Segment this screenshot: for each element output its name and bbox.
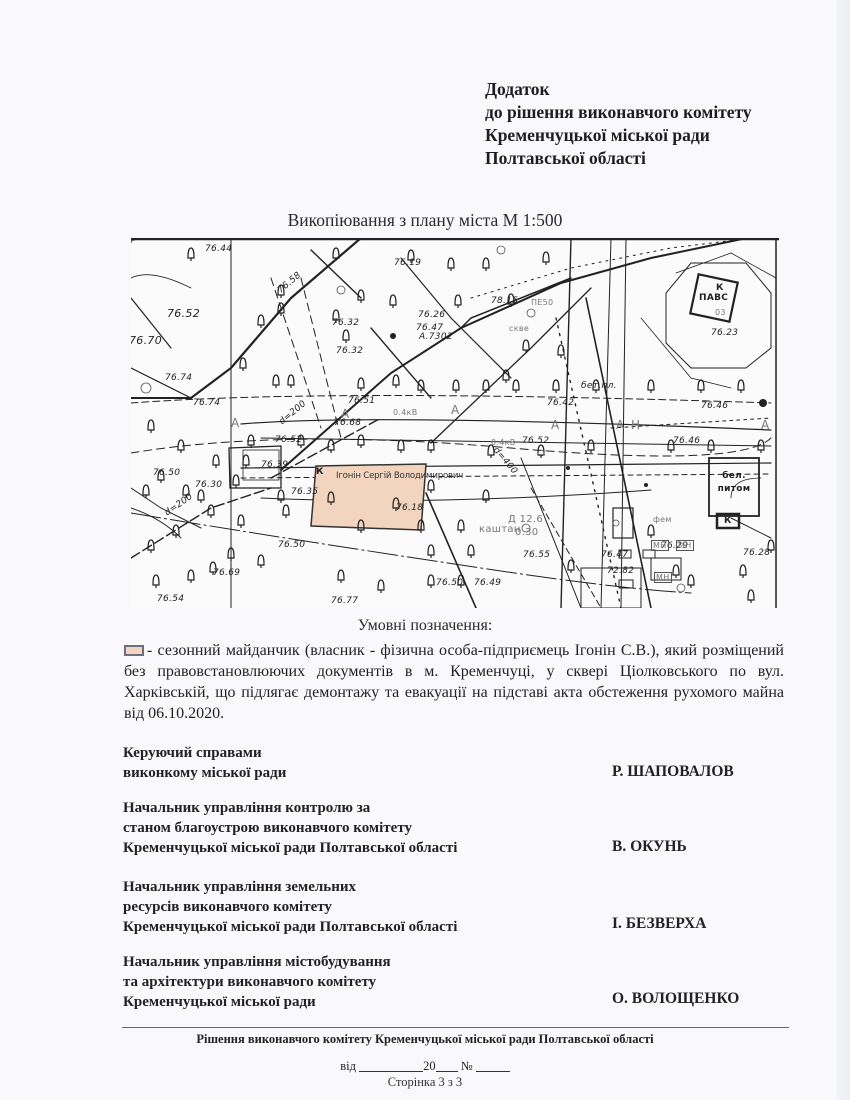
map-text-label: 0.4кВ [491,438,516,447]
signature-title: Начальник управління земельних ресурсів … [123,877,457,937]
map-text-label: МН [651,540,669,551]
signature-title-line: Кременчуцької міської ради [123,992,391,1012]
signature-name: В. ОКУНЬ [612,838,687,856]
signature-title-line: Начальник управління містобудування [123,952,391,972]
elevation-label: 76.47 [601,550,628,560]
signature-title-line: станом благоустрою виконавчого комітету [123,818,457,838]
elevation-label: 76.30 [195,480,222,490]
elevation-label: 76.46 [701,401,728,411]
signature-title-line: Кременчуцької міської ради Полтавської о… [123,838,457,858]
map-text-label: A [616,418,625,432]
map-text-label: H [631,418,640,432]
footer-title: Рішення виконавчого комітету Кременчуцьк… [0,1032,850,1047]
date-prefix: від [340,1059,356,1073]
map-text-label: бет.пл. [581,381,617,391]
elevation-label: 76.52 [275,435,302,445]
signature-title-line: Керуючий справами [123,743,286,763]
footer-divider [122,1027,789,1028]
map-text-label: ПАВС [699,293,728,303]
year-blank [436,1059,458,1072]
signature-title-line: Начальник управління земельних [123,877,457,897]
elevation-label: 76.50 [153,468,180,478]
legend-text: - сезонний майданчик (власник - фізична … [124,642,784,722]
addendum-line: до рішення виконавчого комітету [485,101,752,124]
map-text-label: Д 12.6 [508,514,543,525]
map-text-label: A [451,403,460,417]
elevation-label: 76.42 [547,398,574,408]
elevation-label: 76.35 [291,487,318,497]
elevation-label: 76.49 [474,578,501,588]
map-text-label: ПЕ50 [531,298,553,307]
elevation-label: 76.32 [332,318,359,328]
map-text-label: К [724,516,732,526]
addendum-line: Додаток [485,78,752,101]
addendum-line: Кременчуцької міської ради [485,124,752,147]
scan-edge [836,0,850,1100]
elevation-label: 78.15 [491,296,518,306]
elevation-label: 76.54 [157,594,184,604]
plan-drawing [131,238,779,608]
elevation-label: 76.32 [336,346,363,356]
parcel-swatch-icon [124,645,144,656]
elevation-label: 76.70 [131,334,162,347]
elevation-label: A.7302 [419,332,453,342]
signature-name: Р. ШАПОВАЛОВ [612,763,734,781]
map-text-label: МН [654,572,672,583]
elevation-label: 76.74 [165,373,192,383]
elevation-label: 76.19 [394,258,421,268]
date-blank [359,1059,423,1072]
number-blank [476,1059,510,1072]
map-text-label: скве [509,324,529,333]
elevation-label: 72.82 [607,566,634,576]
elevation-label: 76.18 [396,503,423,513]
elevation-label: 76.51 [348,396,375,406]
elevation-label: 76.69 [213,568,240,578]
elevation-label: 76.55 [523,550,550,560]
map-text-label: МН [676,540,694,551]
signature-title: Начальник управління контролю за станом … [123,798,457,858]
page-number: Сторінка 3 з 3 [0,1075,850,1090]
elevation-label: 76.74 [193,398,220,408]
parcel-owner-label: Ігонін Сергій Володимирович [336,471,463,481]
elevation-label: 76.50 [278,540,305,550]
map-text-label: A [231,416,240,430]
addendum-line: Полтавської області [485,147,752,170]
elevation-label: 76.39 [261,460,288,470]
elevation-label: 76.26 [418,310,445,320]
map-text-label: бел. питом [714,470,754,496]
elevation-label: 76.44 [205,244,232,254]
addendum-header: Додаток до рішення виконавчого комітету … [485,78,752,170]
elevation-label: 76.52 [167,307,200,320]
signature-title: Начальник управління містобудування та а… [123,952,391,1012]
elevation-label: 76.52 [522,436,549,446]
legend-description: - сезонний майданчик (власник - фізична … [124,640,784,724]
signature-title-line: Начальник управління контролю за [123,798,457,818]
map-text-label: A [761,418,770,432]
map-text-label: A [551,418,560,432]
map-text-label: фем [653,515,672,524]
year-prefix: 20 [423,1059,436,1073]
signature-name: І. БЕЗВЕРХА [612,915,706,933]
elevation-label: 76.77 [331,596,358,606]
city-plan-excerpt: 76.44 76.52 76.70 76.74 76.74 76.58 76.4… [131,238,779,608]
map-text-label: 0.4кВ [393,408,418,417]
elevation-label: 76.28 [743,548,770,558]
map-text-label: 0.30 [515,527,538,538]
signature-name: О. ВОЛОЩЕНКО [612,990,739,1008]
map-title: Викопіювання з плану міста М 1:500 [0,210,850,231]
map-text-label: 03 [715,308,726,317]
signature-title-line: ресурсів виконавчого комітету [123,897,457,917]
signature-title-line: виконкому міської ради [123,763,286,783]
map-text-label: К [716,283,724,293]
signature-title-line: Кременчуцької міської ради Полтавської о… [123,917,457,937]
number-sign: № [461,1059,473,1073]
elevation-label: 76.50 [436,578,463,588]
elevation-label: 76.46 [673,436,700,446]
elevation-label: 76.23 [711,328,738,338]
signature-title: Керуючий справами виконкому міської ради [123,743,286,783]
map-text-label: A [341,407,350,421]
footer-date-line: від 20 № [0,1059,850,1074]
map-text-label: К [316,467,324,477]
legend-title: Умовні позначення: [0,617,850,635]
signature-title-line: та архітектури виконавчого комітету [123,972,391,992]
